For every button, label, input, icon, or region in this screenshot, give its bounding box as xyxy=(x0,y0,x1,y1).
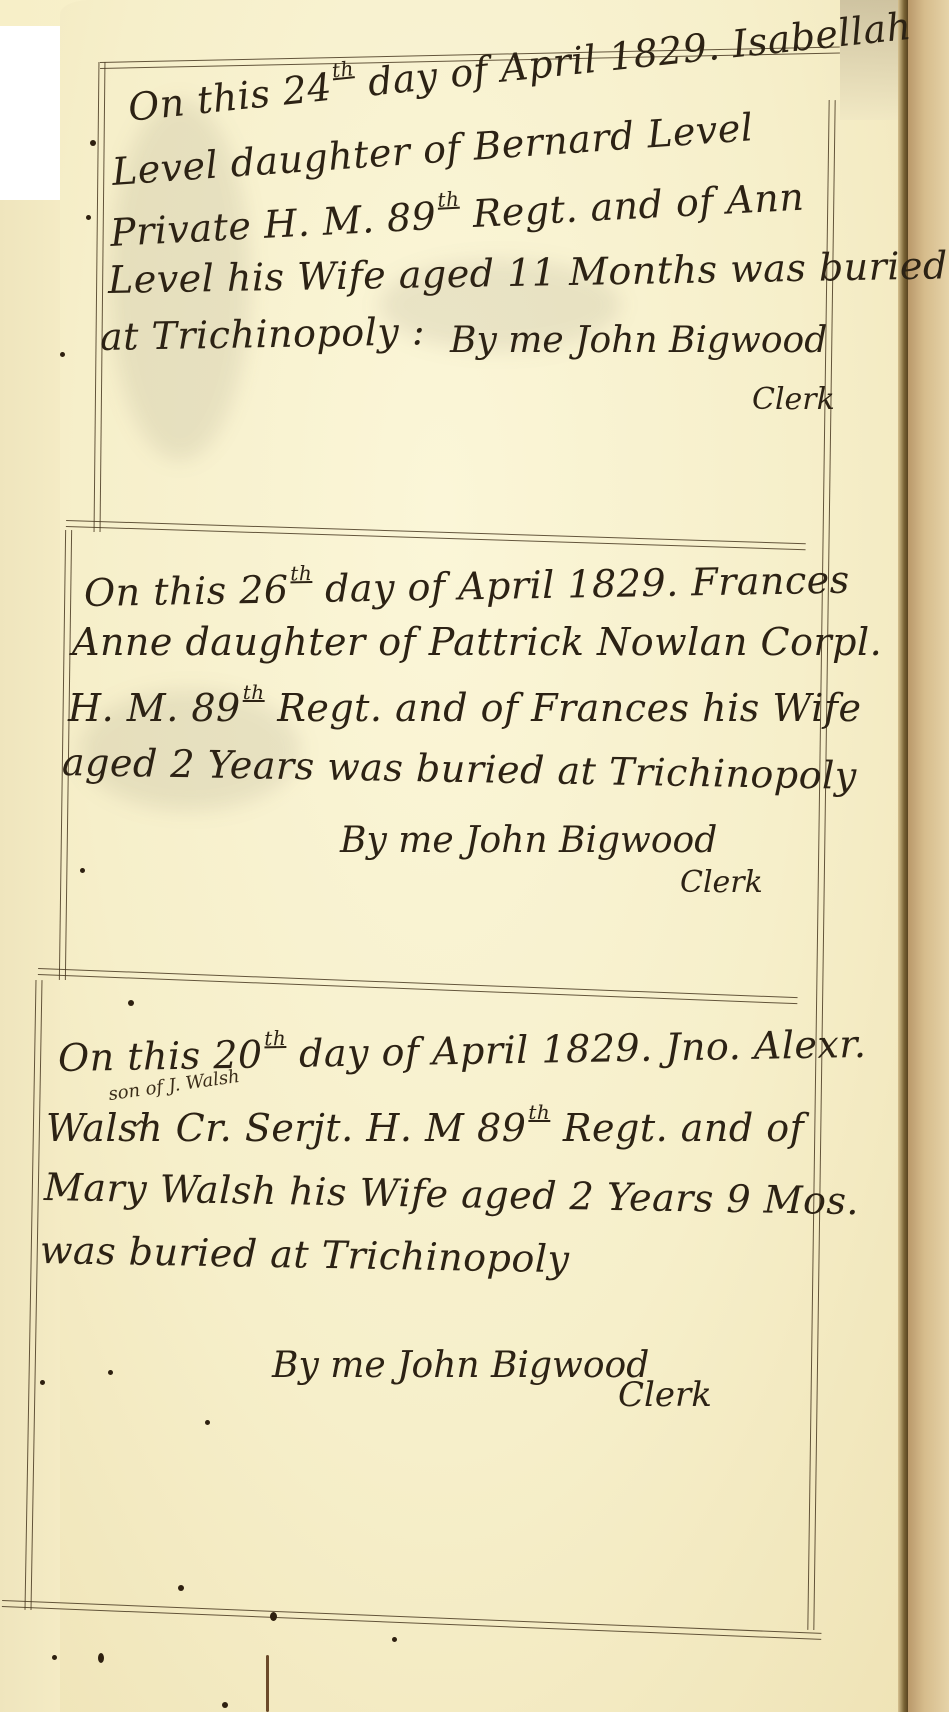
entry-line: at Trichinopoly : xyxy=(100,309,426,359)
entry-line: H. M. 89th Regt. and of Frances his Wife xyxy=(68,680,861,730)
ink-speck xyxy=(60,352,65,357)
ink-speck xyxy=(90,140,96,146)
clergy-signature: By me John Bigwood xyxy=(450,320,827,361)
entry-line: was buried at Trichinopoly xyxy=(40,1228,570,1281)
ink-speck xyxy=(392,1637,397,1642)
entry-line: Walsh Cr. Serjt. H. M 89th Regt. and of xyxy=(46,1100,804,1150)
ink-speck xyxy=(80,868,85,873)
ink-speck xyxy=(178,1585,184,1591)
ink-speck xyxy=(128,1000,134,1006)
background-white-corner xyxy=(0,26,62,206)
entry-line: Anne daughter of Pattrick Nowlan Corpl. xyxy=(72,620,882,664)
signature-title: Clerk xyxy=(618,1375,712,1415)
ink-speck xyxy=(108,1370,113,1375)
document-photo: On this 24th day of April 1829. Isabella… xyxy=(0,0,949,1712)
ink-speck xyxy=(52,1655,57,1660)
ink-speck xyxy=(270,1612,277,1621)
ink-speck xyxy=(40,1380,45,1385)
ink-stroke-mark xyxy=(266,1655,269,1712)
ink-speck xyxy=(86,215,91,220)
clergy-signature: By me John Bigwood xyxy=(272,1345,649,1386)
ink-speck xyxy=(222,1702,228,1708)
ink-speck xyxy=(98,1653,104,1663)
clergy-signature: By me John Bigwood xyxy=(340,820,717,861)
signature-title: Clerk xyxy=(752,382,835,417)
signature-title: Clerk xyxy=(680,865,763,900)
ink-speck xyxy=(205,1420,210,1425)
